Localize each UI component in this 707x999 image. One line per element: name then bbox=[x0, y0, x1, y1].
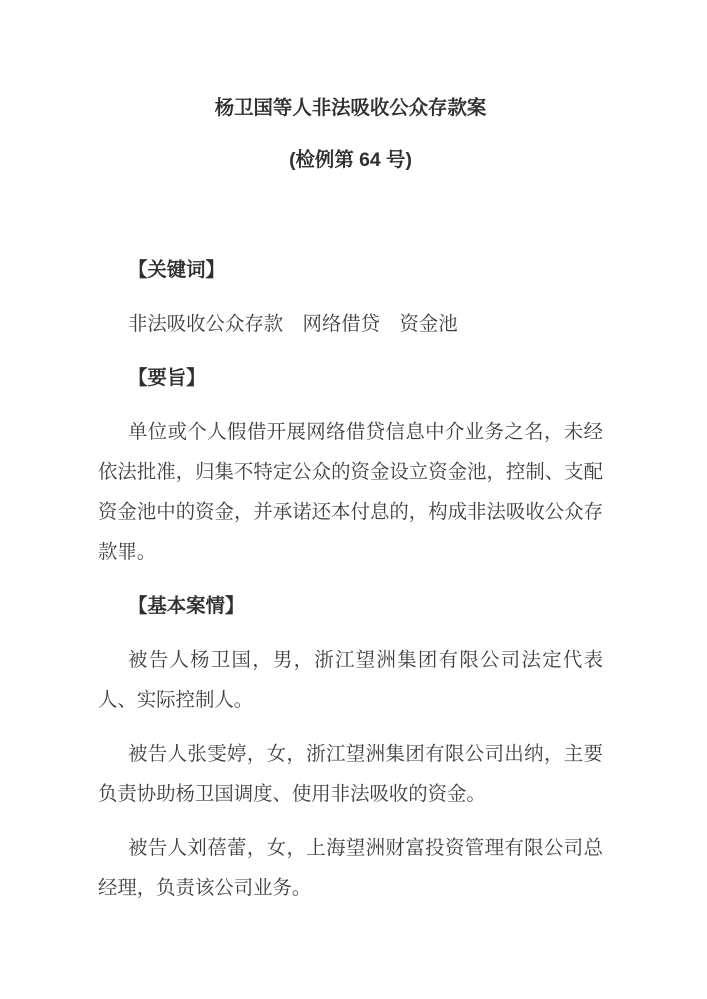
document-page: 杨卫国等人非法吸收公众存款案 (检例第 64 号) 【关键词】 非法吸收公众存款… bbox=[0, 0, 707, 999]
section-heading-gist: 【要旨】 bbox=[98, 358, 603, 398]
defendant-paragraph-liubeilei: 被告人刘蓓蕾，女，上海望洲财富投资管理有限公司总经理，负责该公司业务。 bbox=[98, 828, 603, 908]
defendant-paragraph-zhangwenting: 被告人张雯婷，女，浙江望洲集团有限公司出纳，主要负责协助杨卫国调度、使用非法吸收… bbox=[98, 734, 603, 814]
keywords-line: 非法吸收公众存款 网络借贷 资金池 bbox=[98, 304, 603, 344]
defendant-paragraph-yangweiguo: 被告人杨卫国，男，浙江望洲集团有限公司法定代表人、实际控制人。 bbox=[98, 640, 603, 720]
section-heading-basic-facts: 【基本案情】 bbox=[98, 586, 603, 626]
section-heading-keywords: 【关键词】 bbox=[98, 250, 603, 290]
gist-paragraph: 单位或个人假借开展网络借贷信息中介业务之名，未经依法批准，归集不特定公众的资金设… bbox=[98, 412, 603, 572]
case-number: (检例第 64 号) bbox=[98, 140, 603, 180]
document-title: 杨卫国等人非法吸收公众存款案 bbox=[98, 88, 603, 128]
